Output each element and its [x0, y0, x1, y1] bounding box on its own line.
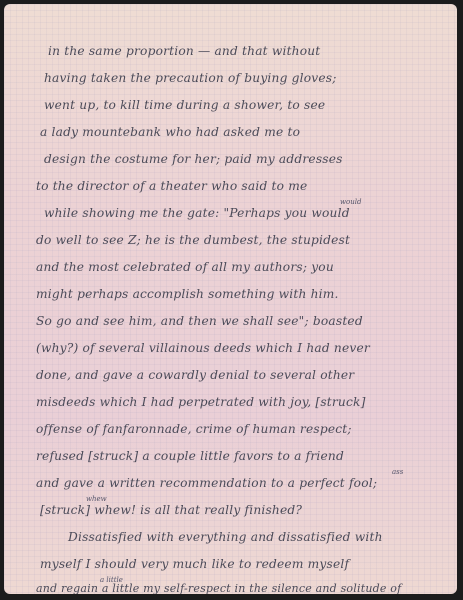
text-line: offense of fanfaronnade, crime of human …	[36, 422, 352, 436]
insertion: whew	[86, 495, 107, 503]
text-line: Dissatisfied with everything and dissati…	[68, 530, 383, 544]
scan-border: in the same proportion — and that withou…	[0, 0, 463, 600]
text-line: a lady mountebank who had asked me to	[40, 125, 300, 139]
text-line: in the same proportion — and that withou…	[48, 44, 320, 58]
text-line: might perhaps accomplish something with …	[36, 287, 339, 301]
text-line: done, and gave a cowardly denial to seve…	[36, 368, 354, 382]
text-line: while showing me the gate: "Perhaps you …	[44, 206, 350, 220]
insertion: would	[340, 198, 361, 206]
text-line: and gave a written recommendation to a p…	[36, 476, 377, 490]
text-line: So go and see him, and then we shall see…	[36, 314, 363, 328]
text-line: misdeeds which I had perpetrated with jo…	[36, 395, 366, 409]
insertion: ass	[392, 468, 403, 476]
text-line: myself I should very much like to redeem…	[40, 557, 349, 571]
text-line: refused [struck] a couple little favors …	[36, 449, 344, 463]
text-line: (why?) of several villainous deeds which…	[36, 341, 370, 355]
text-line: design the costume for her; paid my addr…	[44, 152, 343, 166]
text-line: do well to see Z; he is the dumbest, the…	[36, 233, 350, 247]
text-line: [struck] whew! is all that really finish…	[40, 503, 302, 517]
text-line: and regain a little my self-respect in t…	[36, 582, 401, 594]
text-line: to the director of a theater who said to…	[36, 179, 307, 193]
text-line: having taken the precaution of buying gl…	[44, 71, 337, 85]
manuscript-page: in the same proportion — and that withou…	[4, 4, 457, 594]
text-line: went up, to kill time during a shower, t…	[44, 98, 325, 112]
text-line: and the most celebrated of all my author…	[36, 260, 334, 274]
